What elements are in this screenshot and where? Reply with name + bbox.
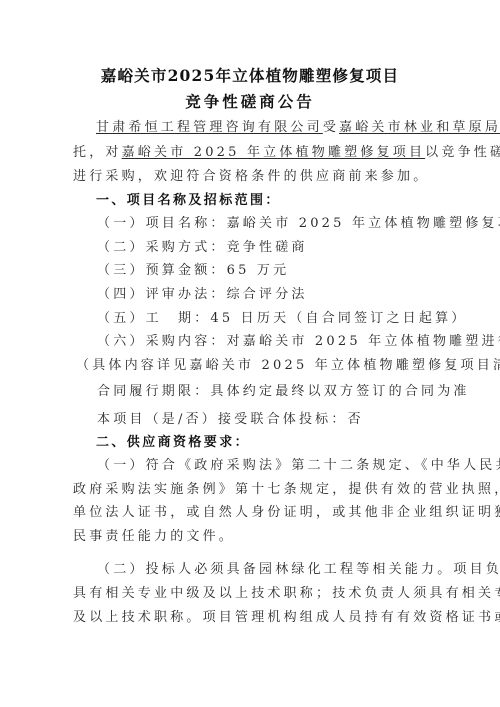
section1-item-project-name: （一）项目名称：嘉峪关市 2025 年立体植物雕塑修复项目 (97, 216, 500, 232)
section1-item-duration: （五）工 期：45 日历天（自合同签订之日起算） (97, 311, 467, 327)
section1-heading: 一、项目名称及招标范围： (96, 193, 281, 209)
consortium-bidding: 本项目（是/否）接受联合体投标：否 (97, 412, 364, 428)
requirement-2-line: 及以上技术职称。项目管理机构组成人员持有有效资格证书或岗位证 (73, 610, 500, 626)
requirement-2-line: 具有相关专业中级及以上技术职称；技术负责人须具有相关专业中级 (73, 586, 500, 602)
section1-item-evaluation-method: （四）评审办法：综合评分法 (97, 287, 308, 303)
section2-heading: 二、供应商资格要求： (96, 435, 250, 451)
intro-text: 受 (323, 120, 339, 135)
project-name-ref: 嘉峪关市 2025 年立体植物雕塑修复项目 (122, 145, 426, 160)
purchaser-name: 嘉峪关市林业和草原局 (339, 120, 500, 135)
requirement-2-line: （二）投标人必须具备园林绿化工程等相关能力。项目负责人须 (97, 562, 500, 578)
requirement-1-line: 政府采购法实施条例》第十七条规定，提供有效的营业执照，或事业 (73, 482, 500, 498)
document-page: 嘉峪关市2025年立体植物雕塑修复项目 竞争性磋商公告 甘肃希恒工程管理咨询有限… (0, 0, 500, 707)
requirement-1-line: （一）符合《政府采购法》第二十二条规定、《中华人民共和国 (97, 458, 500, 474)
document-title: 嘉峪关市2025年立体植物雕塑修复项目 (0, 64, 500, 86)
requirement-1-line: 单位法人证书，或自然人身份证明，或其他非企业组织证明独立承担 (73, 505, 500, 521)
intro-line-1: 甘肃希恒工程管理咨询有限公司受嘉峪关市林业和草原局的委 (96, 120, 500, 136)
intro-line-2: 托，对嘉峪关市 2025 年立体植物雕塑修复项目以竞争性磋商的方式 (73, 145, 500, 161)
contract-term: 合同履行期限：具体约定最终以双方签订的合同为准 (97, 384, 470, 400)
section1-item-content: （六）采购内容：对嘉峪关市 2025 年立体植物雕塑进行修复。 (97, 334, 500, 350)
document-subtitle: 竞争性磋商公告 (0, 90, 500, 112)
agency-name: 甘肃希恒工程管理咨询有限公司 (96, 120, 323, 135)
intro-line-3: 进行采购，欢迎符合资格条件的供应商前来参加。 (73, 169, 429, 185)
section1-item-budget: （三）预算金额：65 万元 (97, 263, 289, 279)
section1-item-procurement-method: （二）采购方式：竞争性磋商 (97, 240, 308, 256)
intro-text: 托，对 (73, 145, 122, 160)
requirement-1-line: 民事责任能力的文件。 (73, 529, 235, 545)
intro-text: 以竞争性磋商的方式 (425, 145, 500, 160)
section1-note: （具体内容详见嘉峪关市 2025 年立体植物雕塑修复项目清单）。 (76, 358, 500, 374)
